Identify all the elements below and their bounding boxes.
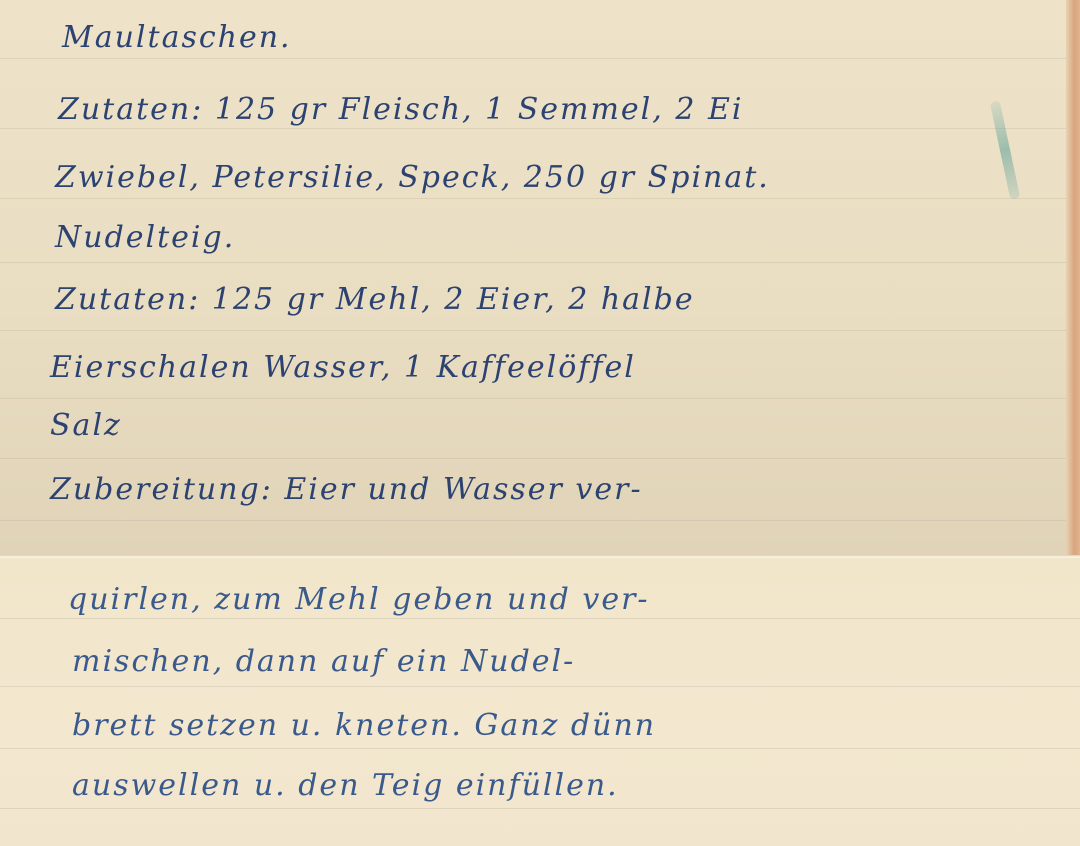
- top-photo-panel: Maultaschen. Zutaten: 125 gr Fleisch, 1 …: [0, 0, 1080, 556]
- page-edge: [1066, 0, 1080, 556]
- ruled-line: [0, 198, 1080, 199]
- ruled-line: [0, 808, 1080, 809]
- ingredients-line-2: Zwiebel, Petersilie, Speck, 250 gr Spina…: [55, 158, 770, 198]
- ruled-line: [0, 686, 1080, 687]
- ruled-line: [0, 58, 1080, 59]
- preparation-line-4: brett setzen u. kneten. Ganz dünn: [72, 706, 656, 746]
- ruled-line: [0, 398, 1080, 399]
- ingredients-line-4: Eierschalen Wasser, 1 Kaffeelöffel: [50, 348, 636, 388]
- ruled-line: [0, 330, 1080, 331]
- preparation-line-5: auswellen u. den Teig einfüllen.: [72, 766, 619, 806]
- preparation-line-2: quirlen, zum Mehl geben und ver-: [68, 580, 650, 620]
- preparation-line-1: Zubereitung: Eier und Wasser ver-: [50, 470, 643, 510]
- ruled-line: [0, 520, 1080, 521]
- bottom-photo-panel: quirlen, zum Mehl geben und ver- mischen…: [0, 558, 1080, 846]
- ingredients-line-3: Zutaten: 125 gr Mehl, 2 Eier, 2 halbe: [55, 280, 695, 320]
- ingredients-line-1: Zutaten: 125 gr Fleisch, 1 Semmel, 2 Ei: [58, 90, 743, 130]
- preparation-line-3: mischen, dann auf ein Nudel-: [72, 642, 575, 682]
- recipe-page: Maultaschen. Zutaten: 125 gr Fleisch, 1 …: [0, 0, 1080, 846]
- ingredients-line-5: Salz: [50, 406, 122, 446]
- ruled-line: [0, 748, 1080, 749]
- section-heading-nudelteig: Nudelteig.: [55, 218, 235, 258]
- ruled-line: [0, 458, 1080, 459]
- recipe-title: Maultaschen.: [62, 18, 292, 58]
- ink-smudge: [990, 100, 1021, 200]
- ruled-line: [0, 262, 1080, 263]
